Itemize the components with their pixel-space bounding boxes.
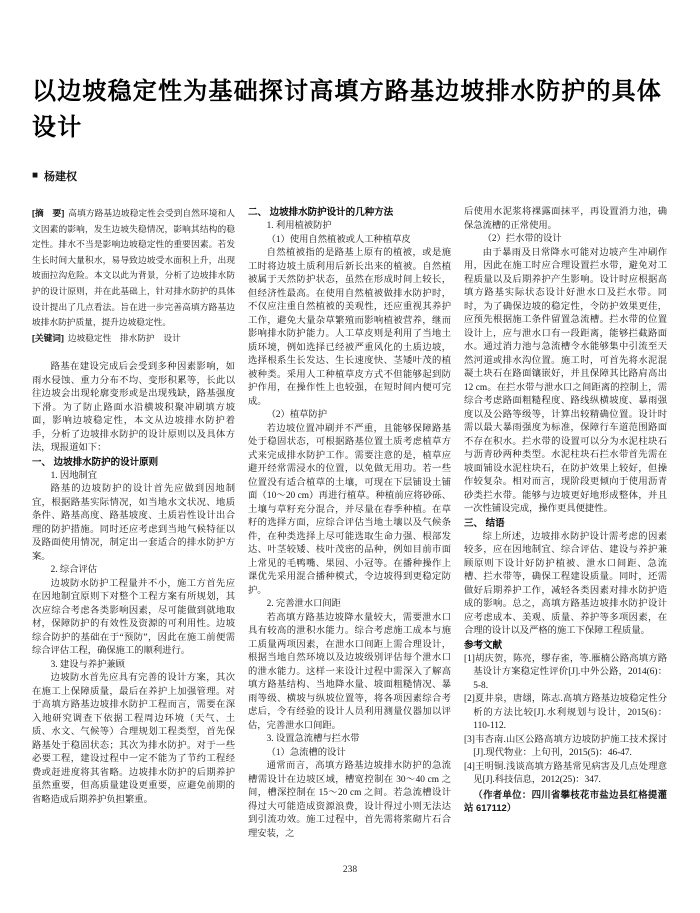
references-heading: 参考文献 <box>464 639 667 653</box>
subsection-heading: （1）急流槽的设计 <box>248 747 451 761</box>
page-title: 以边坡稳定性为基础探讨高填方路基边坡排水防护的具体设计 <box>32 74 668 146</box>
columns: [摘 要]高填方路基边坡稳定性会受到自然环境和人文因素的影响，发生边坡失稳情况，… <box>32 206 668 841</box>
section-heading-1: 一、 边坡排水防护的设计原则 <box>32 456 235 470</box>
subsection-heading: （2）拦水带的设计 <box>464 233 667 247</box>
paragraph: 通常而言，高填方路基边坡排水防护的急流槽需设计在边坡区域，槽宽控制在 30～40… <box>248 760 451 841</box>
paragraph: 路基的边坡防护的设计首先应做到因地制宜，根据路基实际情况，如当地水文状况、地质条… <box>32 483 235 564</box>
paragraph-continuation: 后使用水泥浆将裸露面抹平，再设置消力池，确保急流槽的正常使用。 <box>464 206 667 233</box>
abstract-text: 高填方路基边坡稳定性会受到自然环境和人文因素的影响，发生边坡失稳情况，影响其结构… <box>32 208 235 327</box>
paragraph: 边坡防水首先应具有完善的设计方案，其次在施工上保障质量，最后在养护上加强管理。对… <box>32 672 235 807</box>
paragraph: 自然植被指的是路基上原有的植被，或是施工时将边坡土质利用后新长出来的植被。自然植… <box>248 247 451 409</box>
author-name: 杨建权 <box>44 168 77 184</box>
reference-item: [2]夏井泉，唐翃，陈志.高填方路基边坡稳定性分析的方法比较[J].水利规划与设… <box>464 693 667 734</box>
subsection-heading: （1）使用自然植被或人工种植草皮 <box>248 234 451 248</box>
subsection-heading: 1. 因地制宜 <box>32 470 235 484</box>
left-column: [摘 要]高填方路基边坡稳定性会受到自然环境和人文因素的影响，发生边坡失稳情况，… <box>32 206 235 841</box>
reference-item: [4]王明铜.浅谈高填方路基常见病害及几点处理意见[J].科技信息，2012(2… <box>464 761 667 788</box>
author-marker-icon: ■ <box>32 171 38 181</box>
section-heading-3: 三、 结语 <box>464 517 667 531</box>
subsection-heading: 3. 建设与养护兼顾 <box>32 659 235 673</box>
keywords-label: [关键词] <box>32 333 64 343</box>
paragraph: 若边坡位置冲刷并不严重，且能够保障路基处于稳固状态，可根据路基位置土质考虑植草方… <box>248 423 451 599</box>
paragraph: 由于暴雨及日常降水可能对边坡产生冲刷作用，因此在施工时应合理设置拦水带，避免对工… <box>464 247 667 517</box>
subsection-heading: 2. 完善泄水口间距 <box>248 598 451 612</box>
abstract: [摘 要]高填方路基边坡稳定性会受到自然环境和人文因素的影响，发生边坡失稳情况，… <box>32 206 235 331</box>
page-body: 以边坡稳定性为基础探讨高填方路基边坡排水防护的具体设计 ■ 杨建权 [摘 要]高… <box>0 74 700 841</box>
middle-column: 二、 边坡排水防护设计的几种方法 1. 利用植被防护 （1）使用自然植被或人工种… <box>248 206 451 841</box>
paragraph: 综上所述，边坡排水防护设计需考虑的因素较多，应在因地制宜、综合评估、建设与养护兼… <box>464 531 667 639</box>
author-affiliation: （作者单位：四川省攀枝花市盐边县红格提灌站 617112） <box>464 788 667 815</box>
abstract-label: [摘 要] <box>32 208 64 218</box>
right-column: 后使用水泥浆将裸露面抹平，再设置消力池，确保急流槽的正常使用。 （2）拦水带的设… <box>464 206 667 841</box>
keywords: [关键词]边坡稳定性 排水防护 设计 <box>32 331 235 347</box>
subsection-heading: 2. 综合评估 <box>32 564 235 578</box>
subsection-heading: （2）植草防护 <box>248 409 451 423</box>
author-line: ■ 杨建权 <box>32 168 668 184</box>
subsection-heading: 3. 设置急流槽与拦水带 <box>248 733 451 747</box>
intro-paragraph: 路基在建设完成后会受到多种因素影响，如雨水侵蚀、重力分布不均、变形积累等，长此以… <box>32 361 235 456</box>
reference-item: [3]韦杏南.山区公路高填方边坡防护施工技术探讨[J].现代物业：上旬刊，201… <box>464 734 667 761</box>
paragraph: 若高填方路基边坡降水量较大，需要泄水口具有较高的泄积水能力。综合考虑施工成本与施… <box>248 612 451 734</box>
paper-page: 以边坡稳定性为基础探讨高填方路基边坡排水防护的具体设计 ■ 杨建权 [摘 要]高… <box>0 0 700 913</box>
paragraph: 边坡防水防护工程量并不小，施工方首先应在因地制宜原则下对整个工程方案有所规划，其… <box>32 578 235 659</box>
keywords-text: 边坡稳定性 排水防护 设计 <box>68 333 181 343</box>
section-heading-2: 二、 边坡排水防护设计的几种方法 <box>248 206 451 220</box>
subsection-heading: 1. 利用植被防护 <box>248 220 451 234</box>
reference-item: [1]胡庆贺，陈亮，缪存雀，等.雁楠公路高填方路基设计方案稳定性评价[J].中外… <box>464 653 667 694</box>
page-number: 238 <box>0 865 700 875</box>
